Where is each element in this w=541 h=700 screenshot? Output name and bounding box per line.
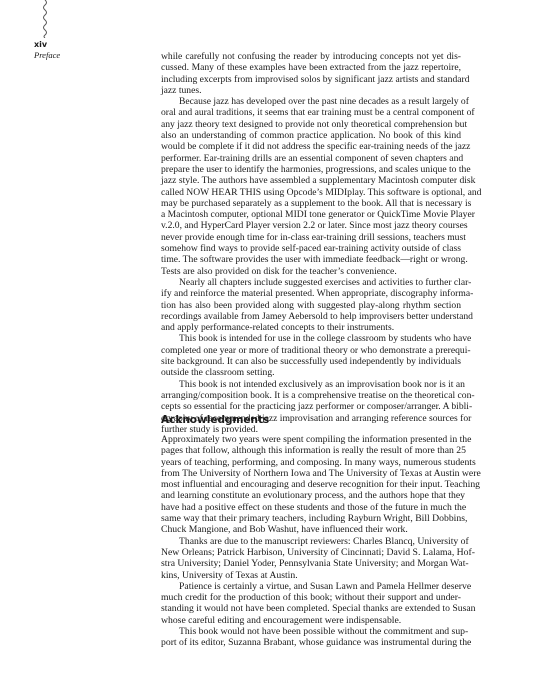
paragraph-line: would be complete if it did not address … [161, 141, 461, 152]
paragraph-line: tion has also been provided along with s… [161, 300, 461, 311]
preface-body: while carefully not confusing the reader… [161, 51, 461, 435]
paragraph-line: never provide enough time for in-class e… [161, 232, 461, 243]
paragraph-line: from The University of Northern Iowa and… [161, 468, 461, 479]
paragraph-line: This book is not intended exclusively as… [161, 379, 461, 390]
paragraph-line: most influential and encouraging and des… [161, 479, 461, 490]
paragraph-line: kins, University of Texas at Austin. [161, 570, 461, 581]
paragraph-line: Because jazz has developed over the past… [161, 96, 461, 107]
running-head-section: Preface [34, 50, 60, 60]
paragraph-line: jazz tunes. [161, 85, 461, 96]
page-number: xiv [34, 40, 47, 49]
paragraph-line: prepare the user to identify the harmoni… [161, 164, 461, 175]
paragraph-line: and apply performance-related concepts t… [161, 322, 461, 333]
paragraph-line: same way that their primary teachers, in… [161, 513, 461, 524]
paragraph-line: jazz style. The authors have assembled a… [161, 175, 461, 186]
paragraph-line: oral and aural traditions, it seems that… [161, 107, 461, 118]
paragraph-line: time. The software provides the user wit… [161, 254, 461, 265]
paragraph-line: recordings available from Jamey Aebersol… [161, 311, 461, 322]
paragraph-line: Thanks are due to the manuscript reviewe… [161, 536, 461, 547]
paragraph-line: while carefully not confusing the reader… [161, 51, 461, 62]
paragraph-line: stra University; Daniel Yoder, Pennsylva… [161, 558, 461, 569]
paragraph-line: whose careful editing and encouragement … [161, 615, 461, 626]
acknowledgments-body: Approximately two years were spent compi… [161, 434, 461, 649]
paragraph-line: arranging/composition book. It is a comp… [161, 390, 461, 401]
paragraph-line: pages that follow, although this informa… [161, 445, 461, 456]
paragraph-line: This book would not have been possible w… [161, 626, 461, 637]
paragraph-line: v.2.0, and HyperCard Player version 2.2 … [161, 220, 461, 231]
paragraph-line: performer. Ear-training drills are an es… [161, 153, 461, 164]
paragraph-line: New Orleans; Patrick Harbison, Universit… [161, 547, 461, 558]
paragraph-line: cepts so essential for the practicing ja… [161, 401, 461, 412]
paragraph-line: called NOW HEAR THIS using Opcode’s MIDI… [161, 187, 461, 198]
paragraph-line: site background. It can also be successf… [161, 356, 461, 367]
paragraph-line: may be purchased separately as a supplem… [161, 198, 461, 209]
paragraph-line: somehow find ways to provide self-paced … [161, 243, 461, 254]
paragraph-line: Approximately two years were spent compi… [161, 434, 461, 445]
paragraph-line: much credit for the production of this b… [161, 592, 461, 603]
paragraph-line: This book is intended for use in the col… [161, 333, 461, 344]
paragraph-line: cussed. Many of these examples have been… [161, 62, 461, 73]
paragraph-line: years of teaching, performing, and compo… [161, 457, 461, 468]
paragraph-line: any jazz theory text designed to provide… [161, 119, 461, 130]
paragraph-line: Chuck Mangione, and Bob Washut, have inf… [161, 524, 461, 535]
paragraph-line: also an understanding of common practice… [161, 130, 461, 141]
paragraph-line: ify and reinforce the material presented… [161, 288, 461, 299]
paragraph-line: outside the classroom setting. [161, 367, 461, 378]
paragraph-line: have had a positive effect on these stud… [161, 502, 461, 513]
paragraph-line: and learning constitute an evolutionary … [161, 490, 461, 501]
paragraph-line: Tests are also provided on disk for the … [161, 266, 461, 277]
acknowledgments-heading: Acknowledgments [161, 414, 269, 426]
paragraph-line: port of its editor, Suzanna Brabant, who… [161, 637, 461, 648]
paragraph-line: Nearly all chapters include suggested ex… [161, 277, 461, 288]
paragraph-line: standing it would not have been complete… [161, 603, 461, 614]
decorative-wavy-rule [40, 0, 50, 38]
paragraph-line: including excerpts from improvised solos… [161, 74, 461, 85]
paragraph-line: completed one year or more of traditiona… [161, 345, 461, 356]
paragraph-line: a Macintosh computer, optional MIDI tone… [161, 209, 461, 220]
paragraph-line: Patience is certainly a virtue, and Susa… [161, 581, 461, 592]
